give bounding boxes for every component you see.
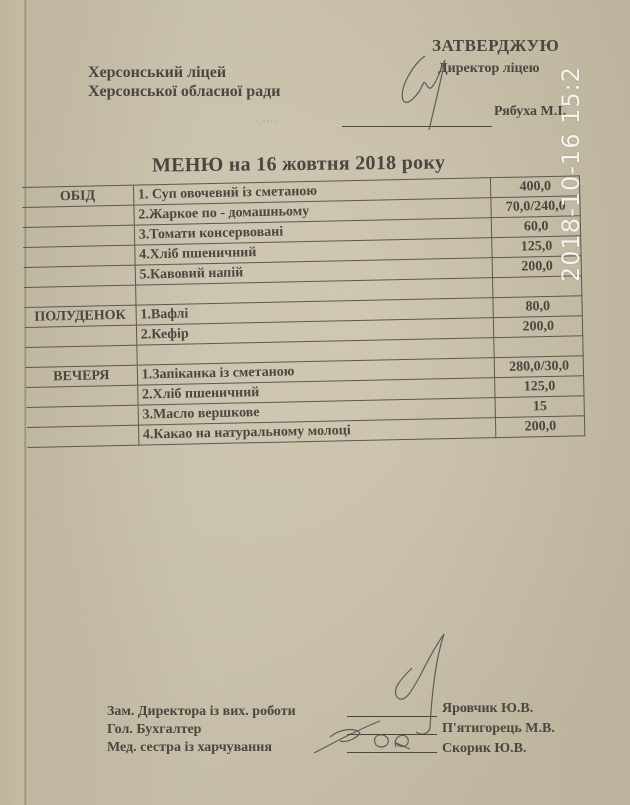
portion-cell: [494, 336, 583, 358]
meal-cell: ОБІД: [22, 185, 134, 207]
signoff-role: Гол. Бухгалтер: [107, 721, 347, 739]
meal-cell: [24, 265, 136, 287]
meal-cell: ПОЛУДЕНОК: [25, 305, 137, 327]
meal-cell: ВЕЧЕРЯ: [26, 365, 138, 387]
meal-cell: [26, 385, 138, 407]
signoff-name: Скорик Ю.В.: [442, 739, 555, 759]
signoff-block: Зам. Директора із вих. роботи Гол. Бухга…: [107, 703, 437, 757]
meal-cell: [27, 425, 139, 447]
organization-parent: Херсонської обласної ради: [88, 82, 280, 101]
photo-timestamp-text: 2018-10-16 15:2: [557, 66, 585, 282]
meal-cell: [25, 325, 137, 347]
signoff-row: Гол. Бухгалтер: [107, 721, 437, 739]
signature-line: [347, 703, 437, 717]
meal-cell: [25, 345, 137, 367]
portion-cell: 280,0/30,0: [495, 356, 584, 378]
signoff-name: П'ятигорець М.В.: [442, 719, 555, 739]
signoff-names: Яровчик Ю.В. П'ятигорець М.В. Скорик Ю.В…: [442, 699, 555, 759]
signoff-row: Зам. Директора із вих. роботи: [107, 703, 437, 721]
portion-cell: 15: [495, 396, 584, 418]
portion-cell: 125,0: [495, 376, 584, 398]
organization-header: Херсонський ліцей Херсонської обласної р…: [88, 63, 280, 101]
meal-cell: [22, 205, 134, 227]
signature-line: [347, 721, 437, 735]
organization-name: Херсонський ліцей: [88, 63, 280, 82]
portion-cell: 200,0: [496, 416, 585, 438]
meal-cell: [24, 285, 136, 307]
photo-timestamp: 2018-10-16 15:2: [555, 0, 585, 290]
faint-mark: ·.····: [256, 117, 277, 126]
meal-cell: [23, 225, 135, 247]
signoff-role: Зам. Директора із вих. роботи: [107, 703, 347, 721]
document-title: МЕНЮ на 16 жовтня 2018 року: [152, 151, 445, 177]
meal-cell: [23, 245, 135, 267]
meal-cell: [27, 405, 139, 427]
menu-table: ОБІД1. Суп овочевий із сметаною400,02.Жа…: [22, 175, 585, 448]
portion-cell: 80,0: [493, 296, 582, 318]
signoff-name: Яровчик Ю.В.: [442, 699, 555, 719]
signature-line: [347, 739, 437, 753]
director-signature-icon: [395, 50, 465, 135]
signoff-role: Мед. сестра із харчування: [107, 739, 347, 757]
signoff-row: Мед. сестра із харчування: [107, 739, 437, 757]
portion-cell: 200,0: [494, 316, 583, 338]
